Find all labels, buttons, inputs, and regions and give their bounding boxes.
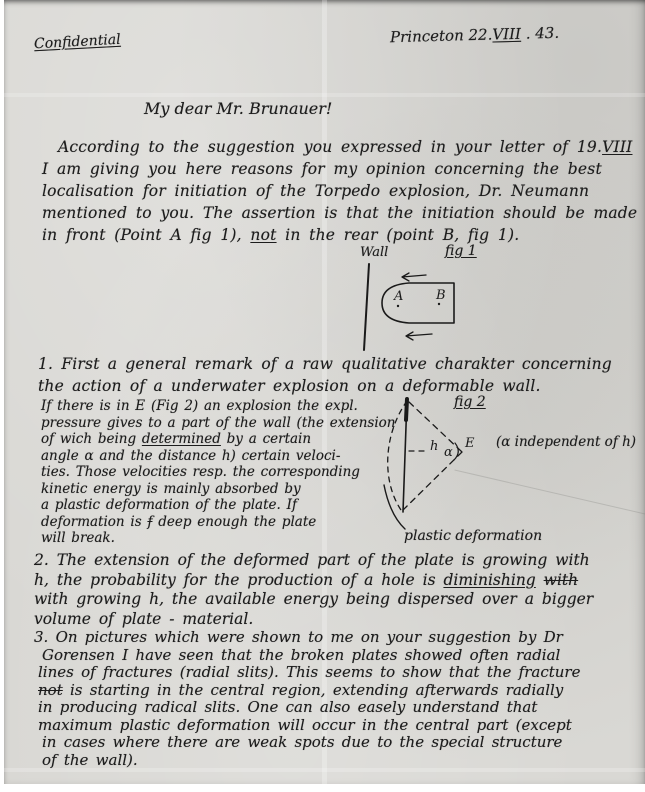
text-segment: in the rear (point B, fig 1). bbox=[277, 226, 520, 244]
fold-crease-horizontal-top bbox=[4, 93, 645, 97]
section-2-paragraph: 2. The extension of the deformed part of… bbox=[34, 551, 593, 629]
handwritten-line: will break. bbox=[41, 530, 396, 547]
text-segment: 3. On pictures which were shown to me on… bbox=[34, 628, 563, 646]
handwritten-line: Gorensen I have seen that the broken pla… bbox=[34, 647, 580, 665]
fig1-caption: fig 1 bbox=[445, 243, 477, 259]
handwritten-line: not is starting in the central region, e… bbox=[34, 682, 580, 700]
handwritten-line: of wich being determined by a certain bbox=[41, 431, 396, 448]
text-segment: maximum plastic deformation will occur i… bbox=[38, 716, 572, 734]
fig1-point-b-label: B bbox=[435, 288, 446, 303]
handwritten-line: lines of fractures (radial slits). This … bbox=[34, 664, 580, 682]
section-3-paragraph: 3. On pictures which were shown to me on… bbox=[34, 629, 580, 769]
text-segment: Gorensen I have seen that the broken pla… bbox=[42, 646, 560, 664]
text-segment: of wich being bbox=[41, 431, 142, 447]
text-segment: If there is in E (Fig 2) an explosion th… bbox=[41, 398, 358, 414]
fig2-point-e-label: E bbox=[464, 436, 475, 451]
text-segment: in cases where there are weak spots due … bbox=[42, 733, 562, 751]
text-segment: deformation is bbox=[41, 514, 147, 530]
text-segment: volume of plate - material. bbox=[34, 610, 253, 628]
fig1-wall-line bbox=[364, 264, 369, 350]
intro-paragraph: According to the suggestion you expresse… bbox=[42, 136, 637, 246]
text-segment: According to the suggestion you expresse… bbox=[58, 138, 602, 156]
scanned-letter: Confidential Princeton 22.VIII . 43. My … bbox=[0, 0, 645, 792]
section-1-narrow-column: If there is in E (Fig 2) an explosion th… bbox=[41, 398, 396, 547]
text-segment: mentioned to you. The assertion is that … bbox=[42, 204, 637, 222]
salutation: My dear Mr. Brunauer! bbox=[144, 99, 332, 118]
fig1-point-b-dot bbox=[438, 303, 440, 305]
text-segment: angle α and the distance h) certain velo… bbox=[41, 448, 340, 464]
fig2-drawing: h α E bbox=[368, 388, 588, 543]
text-segment: a plastic deformation of the plate. If bbox=[41, 497, 297, 513]
text-segment: My dear Mr. Brunauer! bbox=[144, 99, 332, 118]
handwritten-line: angle α and the distance h) certain velo… bbox=[41, 448, 396, 465]
handwritten-line: mentioned to you. The assertion is that … bbox=[42, 202, 637, 224]
text-segment: ties. Those velocities resp. the corresp… bbox=[41, 464, 360, 480]
handwritten-line: maximum plastic deformation will occur i… bbox=[34, 717, 580, 735]
text-segment: with growing h, the available energy bei… bbox=[34, 590, 593, 608]
text-segment: I am giving you here reasons for my opin… bbox=[42, 160, 602, 178]
handwritten-line: ties. Those velocities resp. the corresp… bbox=[41, 464, 396, 481]
text-segment: VIII bbox=[492, 25, 521, 44]
text-segment: pressure gives to a part of the wall (th… bbox=[41, 415, 396, 431]
text-segment: Princeton 22. bbox=[390, 26, 493, 47]
fig2-pointer-curve bbox=[384, 485, 405, 529]
text-segment: of the wall). bbox=[42, 751, 138, 769]
text-segment: determined bbox=[142, 431, 221, 447]
fig1-point-a-dot bbox=[397, 305, 399, 307]
handwritten-line: in front (Point A fig 1), not in the rea… bbox=[42, 224, 637, 246]
text-segment: localisation for initiation of the Torpe… bbox=[42, 182, 589, 200]
handwritten-line: I am giving you here reasons for my opin… bbox=[42, 158, 637, 180]
text-segment: kinetic energy is mainly absorbed by bbox=[41, 481, 301, 497]
text-segment: not bbox=[38, 681, 63, 699]
handwritten-line: 1. First a general remark of a raw quali… bbox=[38, 353, 612, 375]
handwritten-line: a plastic deformation of the plate. If bbox=[41, 497, 396, 514]
paper-sheet: Confidential Princeton 22.VIII . 43. My … bbox=[4, 0, 645, 784]
handwritten-line: volume of plate - material. bbox=[34, 610, 593, 630]
handwritten-line: localisation for initiation of the Torpe… bbox=[42, 180, 637, 202]
text-segment: with bbox=[544, 571, 578, 589]
handwritten-line: pressure gives to a part of the wall (th… bbox=[41, 415, 396, 432]
text-segment: VIII bbox=[602, 138, 632, 156]
fig1-drawing: A B bbox=[290, 258, 490, 358]
handwritten-line: of the wall). bbox=[34, 752, 580, 770]
handwritten-line: in cases where there are weak spots due … bbox=[34, 734, 580, 752]
text-segment: Confidential bbox=[34, 32, 121, 53]
text-segment: . 43. bbox=[521, 24, 560, 43]
handwritten-line: 2. The extension of the deformed part of… bbox=[34, 551, 593, 571]
dateline: Princeton 22.VIII . 43. bbox=[390, 24, 560, 46]
handwritten-line: kinetic energy is mainly absorbed by bbox=[41, 481, 396, 498]
fig2-deformation-label: plastic deformation bbox=[404, 528, 542, 544]
fig2-alpha-label: α bbox=[444, 445, 453, 460]
handwritten-line: deformation is f deep enough the plate bbox=[41, 514, 396, 531]
handwritten-line: h, the probability for the production of… bbox=[34, 571, 593, 591]
text-segment: deep enough the plate bbox=[152, 514, 316, 530]
text-segment bbox=[536, 571, 544, 589]
text-segment: by a certain bbox=[221, 431, 311, 447]
text-segment: h, the probability for the production of… bbox=[34, 571, 443, 589]
text-segment: not bbox=[250, 226, 276, 244]
text-segment: will break. bbox=[41, 530, 115, 546]
fig1-top-arrow-icon bbox=[402, 273, 426, 281]
text-segment: is starting in the central region, exten… bbox=[63, 681, 564, 699]
handwritten-line: 3. On pictures which were shown to me on… bbox=[34, 629, 580, 647]
handwritten-line: with growing h, the available energy bei… bbox=[34, 590, 593, 610]
handwritten-line: According to the suggestion you expresse… bbox=[42, 136, 637, 158]
fig1-bottom-arrow-icon bbox=[406, 332, 432, 340]
text-segment: 2. The extension of the deformed part of… bbox=[34, 551, 590, 569]
fig2-lower-ray bbox=[403, 452, 462, 510]
fig2-h-label: h bbox=[430, 439, 438, 454]
fig2-angle-arc bbox=[454, 443, 458, 460]
text-segment: in front (Point A fig 1), bbox=[42, 226, 250, 244]
text-segment: in producing radical slits. One can also… bbox=[38, 698, 537, 716]
fig1-point-a-label: A bbox=[393, 289, 403, 304]
handwritten-line: If there is in E (Fig 2) an explosion th… bbox=[41, 398, 396, 415]
text-segment: 1. First a general remark of a raw quali… bbox=[38, 355, 612, 373]
classification-label: Confidential bbox=[34, 32, 121, 53]
text-segment: lines of fractures (radial slits). This … bbox=[38, 663, 580, 681]
text-segment: diminishing bbox=[443, 571, 535, 589]
handwritten-line: in producing radical slits. One can also… bbox=[34, 699, 580, 717]
